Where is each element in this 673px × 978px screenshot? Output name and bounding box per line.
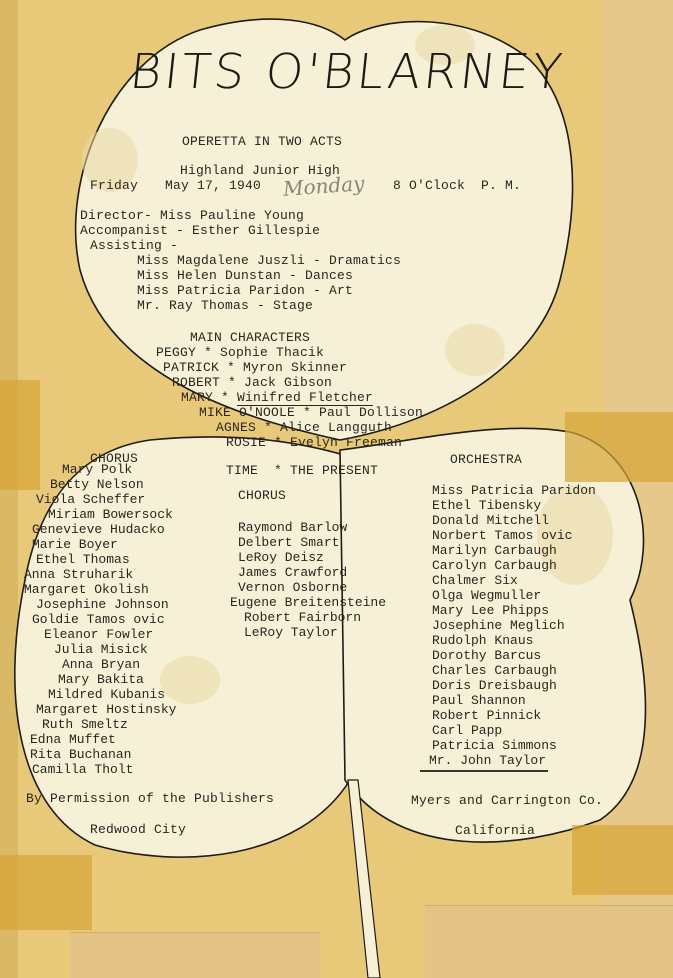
footer-publisher: Myers and Carrington Co. xyxy=(411,793,603,808)
assisting-label: Assisting - xyxy=(90,238,178,253)
cast-row: AGNES * Alice Langguth xyxy=(216,420,392,435)
chorus-left-member: Ruth Smeltz xyxy=(24,717,176,732)
orchestra-member: Donald Mitchell xyxy=(424,513,596,528)
chorus-left-member: Viola Scheffer xyxy=(24,492,176,507)
orchestra-member: Josephine Meglich xyxy=(424,618,596,633)
orchestra-list: Miss Patricia ParidonEthel TibenskyDonal… xyxy=(424,483,596,768)
chorus-center-list: Raymond BarlowDelbert SmartLeRoy DeiszJa… xyxy=(230,520,386,640)
cast-row: MIKE O'NOOLE * Paul Dollison xyxy=(199,405,423,420)
footer-state: California xyxy=(455,823,535,838)
chorus-left-member: Margaret Hostinsky xyxy=(24,702,176,717)
cast-row: ROSIE * Evelyn Freeman xyxy=(226,435,402,450)
chorus-left-member: Camilla Tholt xyxy=(24,762,176,777)
staff-director: Director- Miss Pauline Young xyxy=(80,208,304,223)
orchestra-member: Miss Patricia Paridon xyxy=(424,483,596,498)
chorus-left-member: Ethel Thomas xyxy=(24,552,176,567)
chorus-left-member: Betty Nelson xyxy=(24,477,176,492)
chorus-left-member: Anna Bryan xyxy=(24,657,176,672)
chorus-left-member: Mary Polk xyxy=(24,462,176,477)
chorus-left-member: Josephine Johnson xyxy=(24,597,176,612)
chorus-left-member: Julia Misick xyxy=(24,642,176,657)
subtitle: OPERETTA IN TWO ACTS xyxy=(182,134,342,149)
orchestra-member: Ethel Tibensky xyxy=(424,498,596,513)
orchestra-member: Chalmer Six xyxy=(424,573,596,588)
chorus-left-member: Mildred Kubanis xyxy=(24,687,176,702)
signature-underline xyxy=(420,770,548,772)
orchestra-heading: ORCHESTRA xyxy=(450,452,522,467)
footer-city: Redwood City xyxy=(90,822,186,837)
orchestra-member: Olga Wegmuller xyxy=(424,588,596,603)
staff-accompanist: Accompanist - Esther Gillespie xyxy=(80,223,320,238)
cast-row: PEGGY * Sophie Thacik xyxy=(156,345,324,360)
orchestra-member: Charles Carbaugh xyxy=(424,663,596,678)
orchestra-member: Dorothy Barcus xyxy=(424,648,596,663)
performance-time: 8 O'Clock P. M. xyxy=(393,178,521,193)
orchestra-member: Mary Lee Phipps xyxy=(424,603,596,618)
chorus-center-heading: CHORUS xyxy=(238,488,286,503)
orchestra-member: Doris Dreisbaugh xyxy=(424,678,596,693)
chorus-center-member: Raymond Barlow xyxy=(230,520,386,535)
assisting-item: Miss Helen Dunstan - Dances xyxy=(137,268,353,283)
chorus-left-member: Miriam Bowersock xyxy=(24,507,176,522)
orchestra-member: Carl Papp xyxy=(424,723,596,738)
orchestra-member: Patricia Simmons xyxy=(424,738,596,753)
chorus-center-member: Delbert Smart xyxy=(230,535,386,550)
orchestra-member: Paul Shannon xyxy=(424,693,596,708)
chorus-left-member: Margaret Okolish xyxy=(24,582,176,597)
footer-permission: By Permission of the Publishers xyxy=(26,791,274,806)
performance-day: Friday xyxy=(90,178,138,193)
tape-strip xyxy=(565,412,673,482)
chorus-center-member: Vernon Osborne xyxy=(230,580,386,595)
tape-strip xyxy=(572,825,673,895)
tape-strip xyxy=(0,855,92,930)
orchestra-member: Rudolph Knaus xyxy=(424,633,596,648)
chorus-left-member: Goldie Tamos ovic xyxy=(24,612,176,627)
time-setting: TIME * THE PRESENT xyxy=(226,463,378,478)
chorus-center-member: Robert Fairborn xyxy=(230,610,386,625)
chorus-left-list: Mary PolkBetty NelsonViola SchefferMiria… xyxy=(24,462,176,777)
assisting-item: Mr. Ray Thomas - Stage xyxy=(137,298,313,313)
chorus-left-member: Mary Bakita xyxy=(24,672,176,687)
cast-row: MARY * Winifred Fletcher xyxy=(181,390,373,405)
assisting-item: Miss Magdalene Juszli - Dramatics xyxy=(137,253,401,268)
chorus-left-member: Eleanor Fowler xyxy=(24,627,176,642)
chorus-center-member: LeRoy Deisz xyxy=(230,550,386,565)
program-title: BITS O'BLARNEY xyxy=(127,44,568,100)
orchestra-member: Robert Pinnick xyxy=(424,708,596,723)
cast-row: ROBERT * Jack Gibson xyxy=(172,375,332,390)
chorus-left-member: Edna Muffet xyxy=(24,732,176,747)
assisting-item: Miss Patricia Paridon - Art xyxy=(137,283,353,298)
main-characters-heading: MAIN CHARACTERS xyxy=(190,330,310,345)
orchestra-member: Mr. John Taylor xyxy=(424,753,596,768)
chorus-center-member: Eugene Breitensteine xyxy=(230,595,386,610)
chorus-left-member: Genevieve Hudacko xyxy=(24,522,176,537)
chorus-center-member: LeRoy Taylor xyxy=(230,625,386,640)
performance-date: May 17, 1940 xyxy=(165,178,261,193)
orchestra-member: Marilyn Carbaugh xyxy=(424,543,596,558)
cast-row: PATRICK * Myron Skinner xyxy=(163,360,347,375)
chorus-left-member: Anna Struharik xyxy=(24,567,176,582)
chorus-left-member: Rita Buchanan xyxy=(24,747,176,762)
chorus-center-member: James Crawford xyxy=(230,565,386,580)
chorus-left-member: Marie Boyer xyxy=(24,537,176,552)
orchestra-member: Carolyn Carbaugh xyxy=(424,558,596,573)
orchestra-member: Norbert Tamos ovic xyxy=(424,528,596,543)
